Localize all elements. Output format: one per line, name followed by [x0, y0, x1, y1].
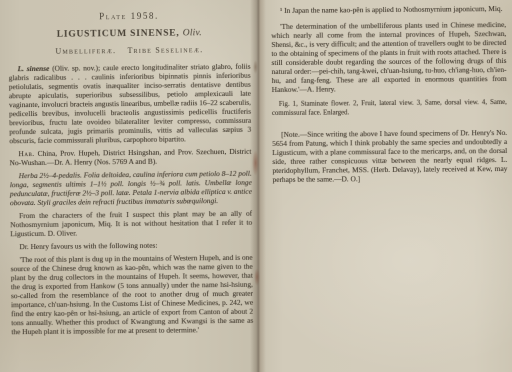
book-spread: Plate 1958. LIGUSTICUM SINENSE, Oliv. Um… [0, 0, 512, 372]
diagnosis-lead: L. sinense [18, 64, 50, 73]
family-tribe-heading: Umbelliferæ. Tribe Seselineæ. [8, 45, 250, 57]
left-page: Plate 1958. LIGUSTICUM SINENSE, Oliv. Um… [0, 0, 258, 372]
henry-notes-intro: Dr. Henry favours us with the following … [10, 240, 252, 252]
oliver-remark: From the characters of the fruit I suspe… [10, 209, 252, 239]
determination-note: 'The determination of the umbelliferous … [271, 20, 507, 94]
addendum-note: [Note.—Since writing the above I have fo… [272, 128, 507, 184]
family-name: Umbelliferæ. [55, 46, 116, 56]
habitat-text: China, Prov. Hupeh, District Hsingshan, … [10, 147, 252, 168]
species-author: Oliv. [183, 28, 202, 38]
species-title: LIGUSTICUM SINENSE, Oliv. [8, 28, 250, 41]
henry-note-quote: 'The root of this plant is dug up in the… [11, 253, 254, 337]
diagnosis-text: (Oliv. sp. nov.); caule erecto longitudi… [9, 62, 252, 146]
page-gutter-shadow [250, 0, 266, 372]
left-page-content: Plate 1958. LIGUSTICUM SINENSE, Oliv. Um… [8, 10, 253, 337]
plate-heading: Plate 1958. [8, 10, 250, 23]
right-page: ¹ In Japan the name kao-pên is applied t… [258, 0, 512, 372]
latin-diagnosis: L. sinense (Oliv. sp. nov.); caule erect… [9, 62, 252, 146]
species-name: LIGUSTICUM SINENSE, [57, 28, 180, 39]
figure-caption: Fig. 1, Staminate flower. 2, Fruit, late… [272, 99, 507, 118]
herba-description: Herba 2½–4-pedalis. Folia deltoidea, cau… [10, 169, 252, 208]
japan-footnote: ¹ In Japan the name kao-pên is applied t… [271, 4, 506, 15]
habitat-lead: Hab. [18, 149, 34, 158]
right-page-content: ¹ In Japan the name kao-pên is applied t… [271, 4, 508, 184]
habitat-line: Hab. China, Prov. Hupeh, District Hsings… [9, 147, 251, 168]
tribe-name: Tribe Seselineæ. [127, 45, 203, 55]
